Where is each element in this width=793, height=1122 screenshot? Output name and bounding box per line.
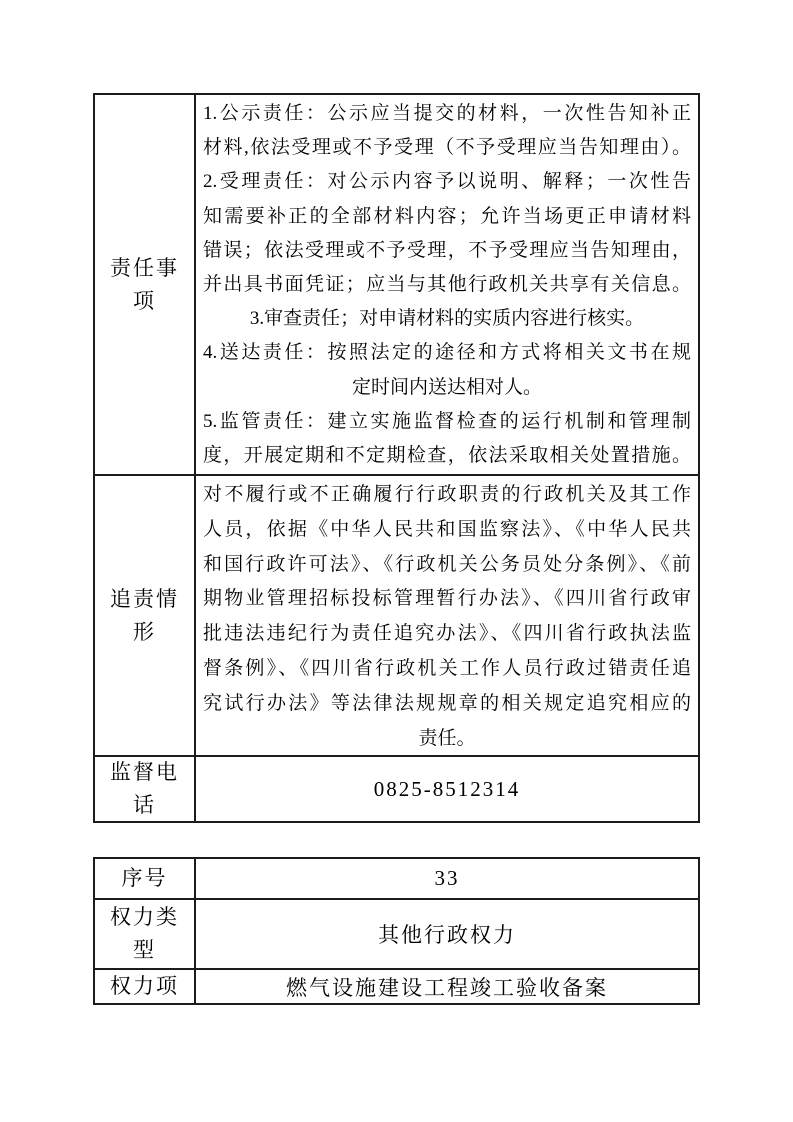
serial-value: 33 xyxy=(435,866,460,891)
row-power-type: 权力类型 其他行政权力 xyxy=(95,898,698,968)
power-type-cell: 其他行政权力 xyxy=(194,900,698,968)
row-label: 权力类型 xyxy=(95,900,194,968)
accountability-content: 对不履行或不正确履行行政职责的行政机关及其工作 人员，依据《中华人民共和国监察法… xyxy=(194,476,698,755)
text-line: 责任。 xyxy=(203,722,691,757)
supervision-phone-cell: 0825-8512314 xyxy=(194,757,698,821)
row-label: 监督电话 xyxy=(95,757,194,821)
document-page: 责任事项 1.公示责任：公示应当提交的材料，一次性告知补正 材料,依法受理或不予… xyxy=(0,0,793,1122)
text-line: 定时间内送达相对人。 xyxy=(203,371,691,405)
row-serial-number: 序号 33 xyxy=(95,859,698,898)
power-item-value: 燃气设施建设工程竣工验收备案 xyxy=(286,972,608,1002)
text-line: 知需要补正的全部材料内容；允许当场更正申请材料 xyxy=(203,200,691,234)
text-line: 度，开展定期和不定期检查，依法采取相关处置措施。 xyxy=(203,439,691,473)
row-label: 权力项 xyxy=(95,970,194,1003)
row-label: 序号 xyxy=(95,859,194,898)
duty-items-content: 1.公示责任：公示应当提交的材料，一次性告知补正 材料,依法受理或不予受理（不予… xyxy=(194,95,698,474)
text-line: 并出具书面凭证；应当与其他行政机关共享有关信息。 xyxy=(203,268,691,302)
text-line: 究试行办法》等法律法规规章的相关规定追究相应的 xyxy=(203,687,691,722)
row-supervision-phone: 监督电话 0825-8512314 xyxy=(95,755,698,821)
text-line: 2.受理责任：对公示内容予以说明、解释；一次性告 xyxy=(203,165,691,199)
row-label: 追责情形 xyxy=(95,476,194,755)
text-line: 4.送达责任：按照法定的途径和方式将相关文书在规 xyxy=(203,336,691,370)
text-line: 期物业管理招标投标管理暂行办法》、《四川省行政审 xyxy=(203,582,691,617)
text-line: 批违法违纪行为责任追究办法》、《四川省行政执法监 xyxy=(203,617,691,652)
row-accountability: 追责情形 对不履行或不正确履行行政职责的行政机关及其工作 人员，依据《中华人民共… xyxy=(95,474,698,755)
text-line: 和国行政许可法》、《行政机关公务员处分条例》、《前 xyxy=(203,548,691,583)
responsibility-table: 责任事项 1.公示责任：公示应当提交的材料，一次性告知补正 材料,依法受理或不予… xyxy=(93,93,700,823)
text-line: 督条例》、《四川省行政机关工作人员行政过错责任追 xyxy=(203,652,691,687)
row-duty-items: 责任事项 1.公示责任：公示应当提交的材料，一次性告知补正 材料,依法受理或不予… xyxy=(95,95,698,474)
power-type-value: 其他行政权力 xyxy=(378,919,516,949)
phone-value: 0825-8512314 xyxy=(374,777,521,802)
text-line: 错误；依法受理或不予受理，不予受理应当告知理由， xyxy=(203,234,691,268)
power-info-table: 序号 33 权力类型 其他行政权力 权力项 燃气设施建设工程竣工验收备案 xyxy=(93,857,700,1005)
text-line: 人员，依据《中华人民共和国监察法》、《中华人民共 xyxy=(203,513,691,548)
text-line: 对不履行或不正确履行行政职责的行政机关及其工作 xyxy=(203,478,691,513)
row-label: 责任事项 xyxy=(95,95,194,474)
power-item-cell: 燃气设施建设工程竣工验收备案 xyxy=(194,970,698,1003)
text-line: 1.公示责任：公示应当提交的材料，一次性告知补正 xyxy=(203,97,691,131)
text-line: 3.审查责任；对申请材料的实质内容进行核实。 xyxy=(203,302,691,336)
text-line: 材料,依法受理或不予受理（不予受理应当告知理由）。 xyxy=(203,131,691,165)
row-power-item: 权力项 燃气设施建设工程竣工验收备案 xyxy=(95,968,698,1003)
text-line: 5.监管责任：建立实施监督检查的运行机制和管理制 xyxy=(203,405,691,439)
serial-number-cell: 33 xyxy=(194,859,698,898)
